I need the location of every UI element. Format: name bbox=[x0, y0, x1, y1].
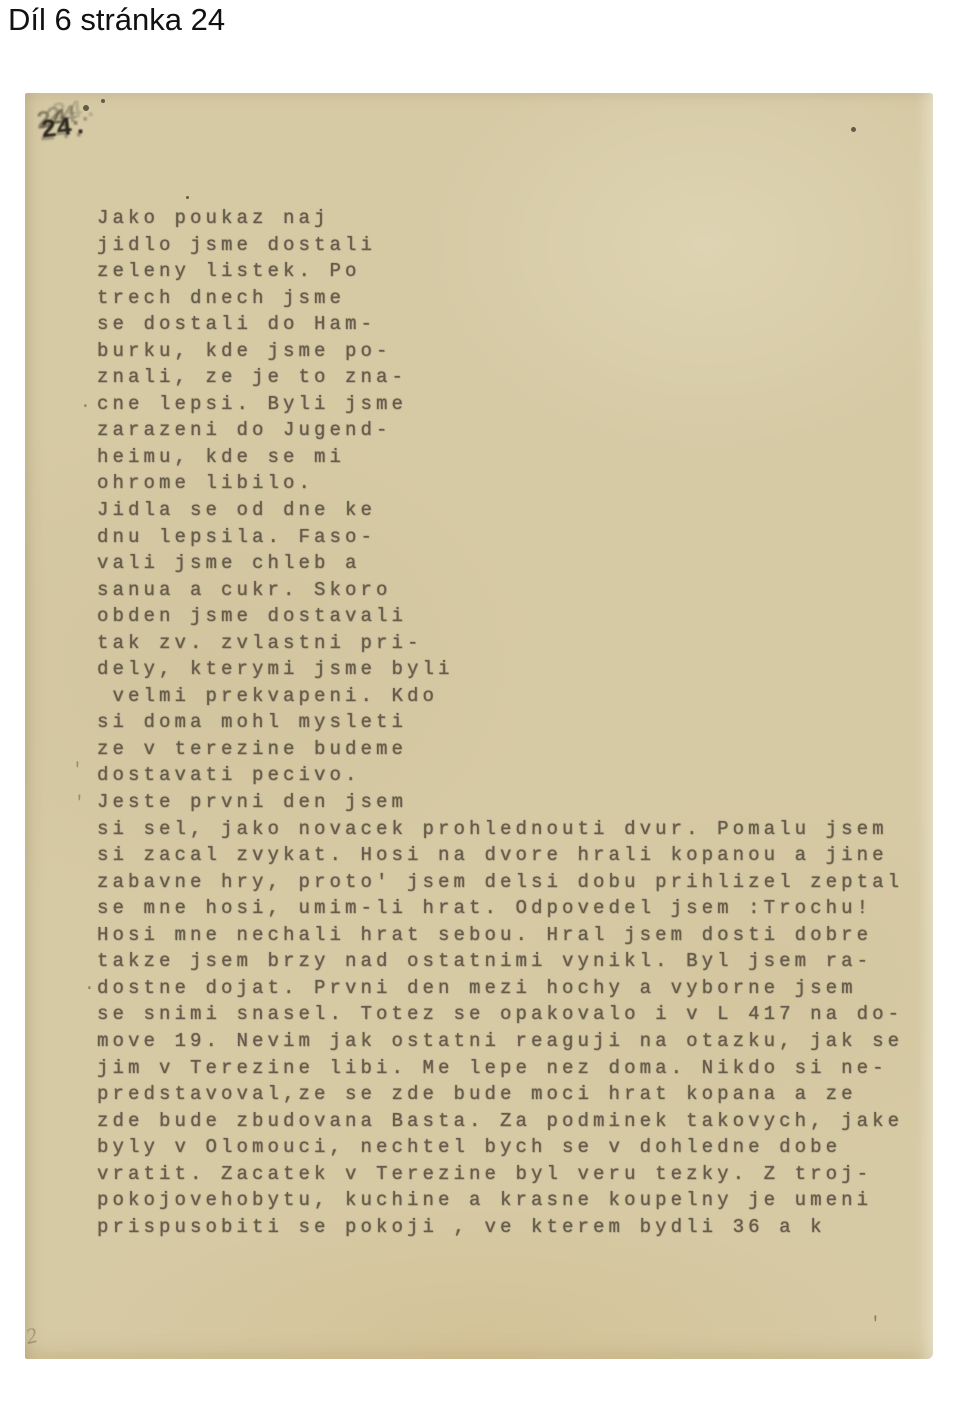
ink-speck bbox=[851, 127, 856, 132]
stray-ink-mark: ' bbox=[870, 1315, 881, 1335]
page-title: Díl 6 stránka 24 bbox=[8, 2, 225, 38]
typewritten-line: cne lepsi. Byli jsme bbox=[97, 391, 917, 418]
typewritten-line: se snimi snasel. Totez se opakovalo i v … bbox=[97, 1001, 917, 1028]
ink-speck bbox=[83, 105, 89, 111]
stray-ink-mark: ' bbox=[72, 761, 83, 781]
typewritten-line: vali jsme chleb a bbox=[97, 550, 917, 577]
typewritten-line: Jako poukaz naj bbox=[97, 205, 917, 232]
typewritten-line: zde bude zbudovana Basta. Za podminek ta… bbox=[97, 1108, 917, 1135]
typewritten-line: jidlo jsme dostali bbox=[97, 232, 917, 259]
typewritten-line: takze jsem brzy nad ostatnimi vynikl. By… bbox=[97, 948, 917, 975]
stray-ink-mark: . bbox=[80, 393, 91, 413]
typewritten-line: zarazeni do Jugend- bbox=[97, 417, 917, 444]
typewritten-line: tak zv. zvlastni pri- bbox=[97, 630, 917, 657]
typewritten-line: znali, ze je to zna- bbox=[97, 364, 917, 391]
typewritten-line: velmi prekvapeni. Kdo bbox=[97, 683, 917, 710]
typewritten-line: move 19. Nevim jak ostatni reaguji na ot… bbox=[97, 1028, 917, 1055]
pencil-mark: 2 bbox=[23, 1322, 40, 1350]
stray-ink-mark: · bbox=[84, 979, 95, 999]
typewritten-line: ohrome libilo. bbox=[97, 470, 917, 497]
typewritten-line: si zacal zvykat. Hosi na dvore hrali kop… bbox=[97, 842, 917, 869]
typewritten-line: heimu, kde se mi bbox=[97, 444, 917, 471]
typewritten-line: predstavoval,ze se zde bude moci hrat ko… bbox=[97, 1081, 917, 1108]
typewritten-text-block: Jako poukaz najjidlo jsme dostalizeleny … bbox=[97, 205, 917, 1240]
typewritten-line: zeleny listek. Po bbox=[97, 258, 917, 285]
typewritten-line: prispusobiti se pokoji , ve kterem bydli… bbox=[97, 1214, 917, 1241]
typewritten-line: obden jsme dostavali bbox=[97, 603, 917, 630]
typewritten-line: jim v Terezine libi. Me lepe nez doma. N… bbox=[97, 1055, 917, 1082]
ink-speck bbox=[101, 99, 105, 103]
typewritten-line: si sel, jako novacek prohlednouti dvur. … bbox=[97, 816, 917, 843]
ink-speck bbox=[186, 196, 189, 199]
typewritten-line: vratit. Zacatek v Terezine byl veru tezk… bbox=[97, 1161, 917, 1188]
typewritten-line: burku, kde jsme po- bbox=[97, 338, 917, 365]
typewritten-line: si doma mohl mysleti bbox=[97, 709, 917, 736]
typewritten-line: sanua a cukr. Skoro bbox=[97, 577, 917, 604]
typewritten-line: se mne hosi, umim-li hrat. Odpovedel jse… bbox=[97, 895, 917, 922]
typewritten-line: Jeste prvni den jsem bbox=[97, 789, 917, 816]
typewritten-line: pokojovehobytu, kuchine a krasne koupeln… bbox=[97, 1187, 917, 1214]
scanned-page: 24. Jako poukaz najjidlo jsme dostalizel… bbox=[25, 93, 933, 1359]
typewritten-line: Jidla se od dne ke bbox=[97, 497, 917, 524]
typewritten-line: dostavati pecivo. bbox=[97, 762, 917, 789]
handwritten-page-number: 24. bbox=[40, 111, 90, 146]
typewritten-line: dnu lepsila. Faso- bbox=[97, 524, 917, 551]
stray-ink-mark: ' bbox=[74, 794, 85, 814]
typewritten-line: ze v terezine budeme bbox=[97, 736, 917, 763]
typewritten-line: Hosi mne nechali hrat sebou. Hral jsem d… bbox=[97, 922, 917, 949]
typewritten-line: se dostali do Ham- bbox=[97, 311, 917, 338]
typewritten-line: byly v Olomouci, nechtel bych se v dohle… bbox=[97, 1134, 917, 1161]
typewritten-line: dely, kterymi jsme byli bbox=[97, 656, 917, 683]
typewritten-line: zabavne hry, proto' jsem delsi dobu prih… bbox=[97, 869, 917, 896]
typewritten-line: dostne dojat. Prvni den mezi hochy a vyb… bbox=[97, 975, 917, 1002]
typewritten-line: trech dnech jsme bbox=[97, 285, 917, 312]
